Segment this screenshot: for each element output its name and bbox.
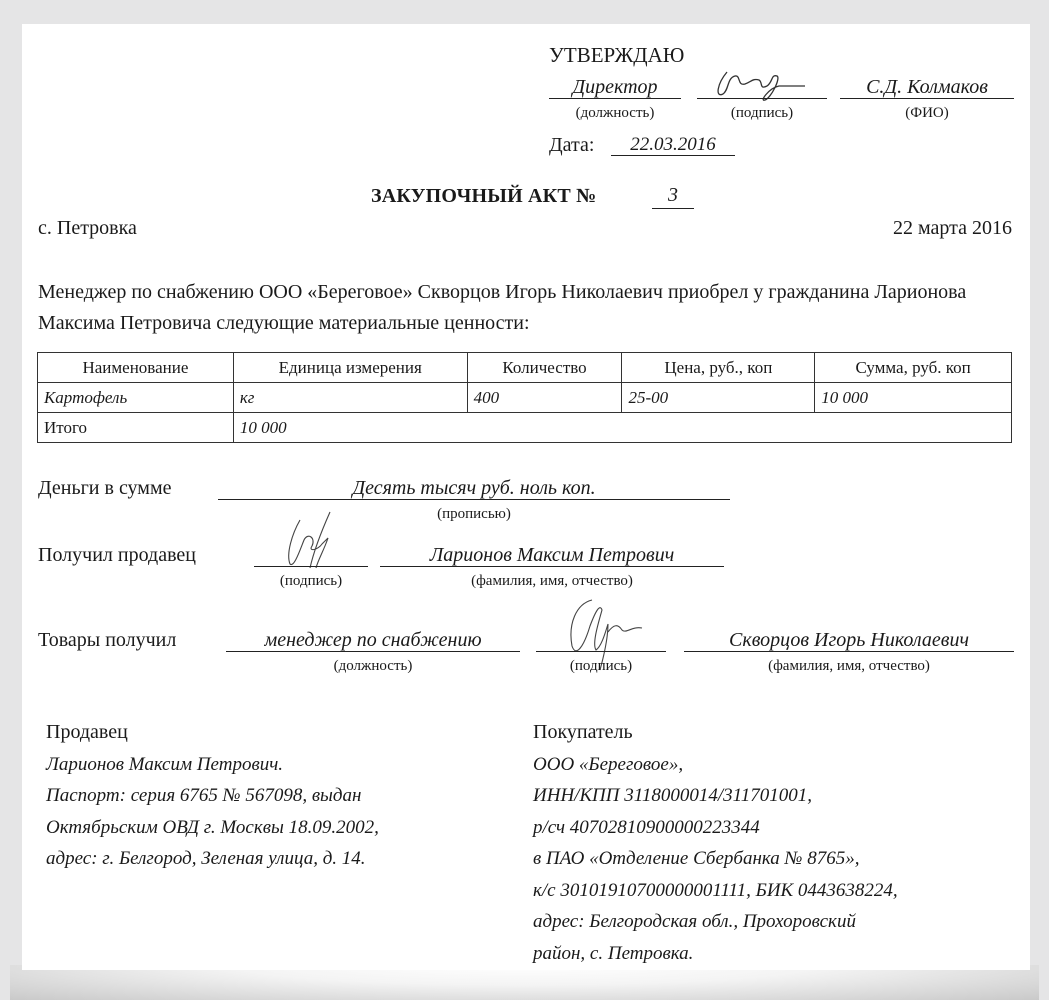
goods-received-signature-caption: (подпись) bbox=[536, 658, 666, 675]
seller-received-label: Получил продавец bbox=[38, 544, 196, 567]
document-number-line bbox=[652, 208, 694, 209]
seller-details: Продавец Ларионов Максим Петрович. Паспо… bbox=[46, 717, 379, 875]
money-label: Деньги в сумме bbox=[38, 477, 171, 500]
seller-line: Паспорт: серия 6765 № 567098, выдан bbox=[46, 780, 379, 812]
table-total-row: Итого 10 000 bbox=[38, 413, 1012, 443]
approval-signature-line bbox=[697, 98, 827, 99]
buyer-line: район, с. Петровка. bbox=[533, 938, 898, 970]
buyer-line: в ПАО «Отделение Сбербанка № 8765», bbox=[533, 843, 898, 875]
table-row: Картофель кг 400 25-00 10 000 bbox=[38, 383, 1012, 413]
seller-line: Октябрьским ОВД г. Москвы 18.09.2002, bbox=[46, 812, 379, 844]
approval-date-value: 22.03.2016 bbox=[611, 134, 735, 156]
table-cell-name: Картофель bbox=[38, 383, 234, 413]
money-caption: (прописью) bbox=[218, 506, 730, 523]
goods-received-label: Товары получил bbox=[38, 629, 176, 652]
approval-position-caption: (должность) bbox=[549, 105, 681, 122]
approval-position-value: Директор bbox=[549, 76, 681, 99]
goods-received-name-caption: (фамилия, имя, отчество) bbox=[684, 658, 1014, 675]
buyer-line: ООО «Береговое», bbox=[533, 749, 898, 781]
document-number: 3 bbox=[652, 184, 694, 207]
buyer-line: ИНН/КПП 3118000014/311701001, bbox=[533, 780, 898, 812]
page-shadow bbox=[10, 965, 1039, 1000]
money-line bbox=[218, 499, 730, 500]
seller-received-name-line bbox=[380, 566, 724, 567]
buyer-heading: Покупатель bbox=[533, 717, 898, 749]
goods-received-position-line bbox=[226, 651, 520, 652]
approval-name-line bbox=[840, 98, 1014, 99]
approval-signature-caption: (подпись) bbox=[697, 105, 827, 122]
table-total-value: 10 000 bbox=[233, 413, 1011, 443]
seller-received-name-caption: (фамилия, имя, отчество) bbox=[380, 573, 724, 590]
table-header-row: Наименование Единица измерения Количеств… bbox=[38, 353, 1012, 383]
approval-name-caption: (ФИО) bbox=[840, 105, 1014, 122]
goods-received-position-value: менеджер по снабжению bbox=[226, 629, 520, 652]
table-cell-unit: кг bbox=[233, 383, 467, 413]
table-header: Количество bbox=[467, 353, 622, 383]
goods-received-signature-line bbox=[536, 651, 666, 652]
document-place: с. Петровка bbox=[38, 217, 137, 240]
seller-line: адрес: г. Белгород, Зеленая улица, д. 14… bbox=[46, 843, 379, 875]
seller-received-name-value: Ларионов Максим Петрович bbox=[380, 544, 724, 567]
goods-received-name-line bbox=[684, 651, 1014, 652]
approval-date-line bbox=[611, 155, 735, 156]
approval-date-label: Дата: bbox=[549, 134, 594, 157]
table-total-label: Итого bbox=[38, 413, 234, 443]
buyer-line: адрес: Белгородская обл., Прохоровский bbox=[533, 906, 898, 938]
seller-heading: Продавец bbox=[46, 717, 379, 749]
document-intro: Менеджер по снабжению ООО «Береговое» Ск… bbox=[38, 277, 1018, 339]
document-title: ЗАКУПОЧНЫЙ АКТ № bbox=[371, 185, 596, 208]
table-header: Наименование bbox=[38, 353, 234, 383]
buyer-line: р/сч 40702810900000223344 bbox=[533, 812, 898, 844]
document-date: 22 марта 2016 bbox=[893, 217, 1012, 240]
approval-name-value: С.Д. Колмаков bbox=[840, 76, 1014, 99]
buyer-details: Покупатель ООО «Береговое», ИНН/КПП 3118… bbox=[533, 717, 898, 969]
table-header: Единица измерения bbox=[233, 353, 467, 383]
table-cell-sum: 10 000 bbox=[815, 383, 1012, 413]
table-cell-price: 25-00 bbox=[622, 383, 815, 413]
buyer-line: к/с 30101910700000001111, БИК 0443638224… bbox=[533, 875, 898, 907]
seller-line: Ларионов Максим Петрович. bbox=[46, 749, 379, 781]
goods-received-name-value: Скворцов Игорь Николаевич bbox=[684, 629, 1014, 652]
table-header: Сумма, руб. коп bbox=[815, 353, 1012, 383]
approval-heading: УТВЕРЖДАЮ bbox=[549, 43, 684, 68]
approval-position-line bbox=[549, 98, 681, 99]
money-value: Десять тысяч руб. ноль коп. bbox=[218, 477, 730, 500]
table-header: Цена, руб., коп bbox=[622, 353, 815, 383]
purchase-act-document: УТВЕРЖДАЮ Директор (должность) (подпись)… bbox=[22, 24, 1030, 970]
goods-received-position-caption: (должность) bbox=[226, 658, 520, 675]
seller-signature-caption: (подпись) bbox=[254, 573, 368, 590]
seller-signature-line bbox=[254, 566, 368, 567]
items-table: Наименование Единица измерения Количеств… bbox=[37, 352, 1012, 443]
table-cell-quantity: 400 bbox=[467, 383, 622, 413]
